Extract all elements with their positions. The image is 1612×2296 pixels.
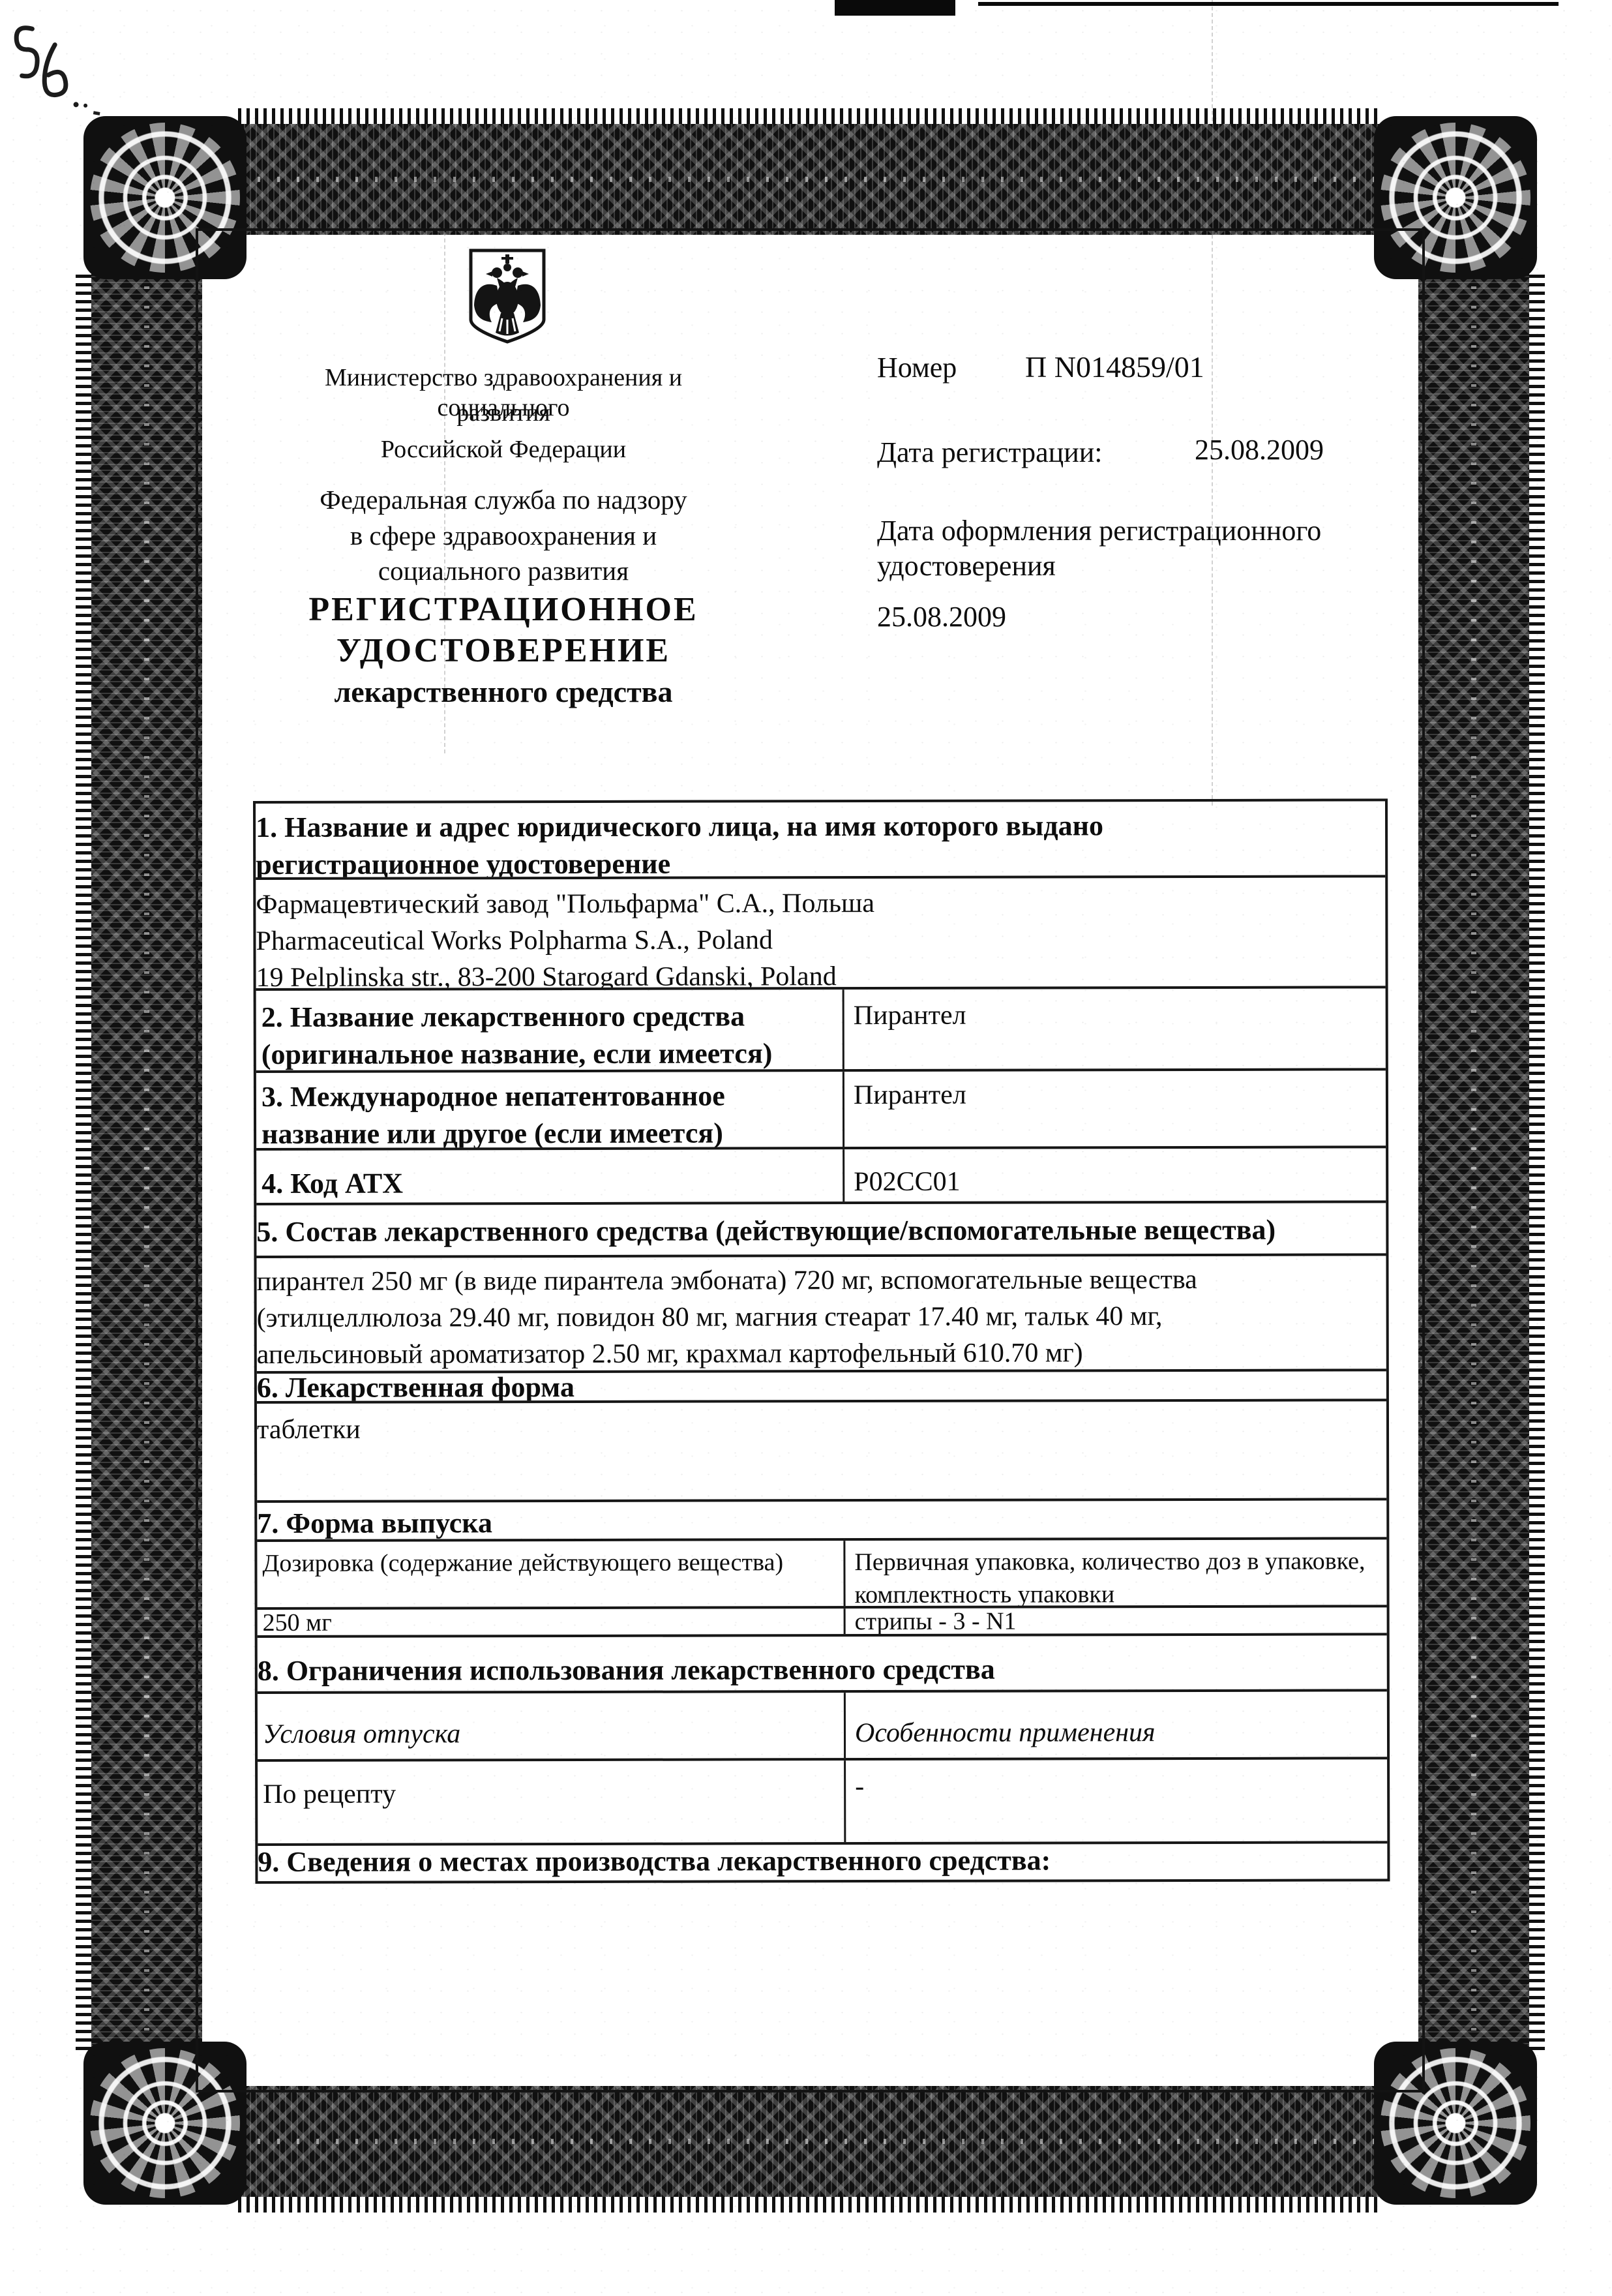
packaging-value-cell: стрипы - 3 - N1 [846,1607,1387,1634]
border-band-left [91,271,202,2050]
section4-value-cell: P02CC01 [844,1148,1386,1201]
application-features-label: Особенности применения [855,1714,1382,1751]
scanned-certificate-page: { "page": { "handwritten_mark": "56" }, … [0,0,1612,2296]
section4-label: 4. Код АТХ [261,1164,836,1202]
packaging-value: стрипы - 3 - N1 [855,1607,1382,1635]
section8-header-row: 8. Ограничения использования лекарственн… [258,1635,1387,1694]
section2-label: 2. Название лекарственного средства [261,997,836,1036]
application-features-value: - [855,1767,1382,1805]
section2-label: (оригинальное название, если имеется) [261,1035,836,1073]
section3-row: 3. Международное непатентованное названи… [256,1070,1386,1151]
composition-line: (этилцеллюлоза 29.40 мг, повидон 80 мг, … [257,1297,1386,1337]
section1-header-row: 1. Название и адрес юридического лица, н… [256,801,1385,880]
section4-label-cell: 4. Код АТХ [256,1149,844,1203]
packaging-column-label: Первичная упаковка, количество доз в упа… [854,1545,1381,1578]
section5-value-row: пирантел 250 мг (в виде пирантела эмбона… [256,1256,1386,1374]
dispensing-conditions-value-cell: По рецепту [258,1760,846,1843]
ministry-line: Российской Федерации [267,434,739,464]
inn-value: Пирантел [854,1076,1381,1113]
number-label: Номер [877,351,957,384]
section7-header: 7. Форма выпуска [257,1505,1386,1539]
service-line: социального развития [267,555,739,586]
packaging-column-label-cell: Первичная упаковка, количество доз в упа… [845,1539,1386,1606]
section3-label: 3. Международное непатентованное [261,1077,836,1115]
section7-value-row: 250 мг стрипы - 3 - N1 [258,1607,1387,1638]
packaging-column-label: комплектность упаковки [854,1577,1381,1610]
doc-title-line: УДОСТОВЕРЕНИЕ [267,631,739,670]
dispensing-conditions-label: Условия отпуска [263,1715,837,1753]
section1-header: 1. Название и адрес юридического лица, н… [256,806,1385,846]
section3-label: название или другое (если имеется) [261,1114,836,1151]
section8-subheader-row: Условия отпуска Особенности применения [258,1691,1387,1762]
ministry-line: развития [267,398,739,428]
drug-name-value: Пирантел [854,996,1381,1034]
dosage-form-value: таблетки [257,1409,1386,1448]
atc-code-value: P02CC01 [854,1162,1381,1200]
section6-value-row: таблетки [257,1401,1386,1503]
application-features-label-cell: Особенности применения [846,1691,1387,1758]
license-holder-name-ru: Фармацевтический завод "Польфарма" С.А.,… [256,884,1385,923]
registration-date-value: 25.08.2009 [1195,433,1324,466]
dosage-value: 250 мг [263,1609,837,1636]
border-band-bottom [238,2086,1382,2197]
number-value: П N014859/01 [1025,350,1204,384]
border-band-top [238,124,1382,235]
dosage-column-label: Дозировка (содержание действующего вещес… [262,1546,837,1580]
license-holder-address: 19 Pelplinska str., 83-200 Starogard Gda… [256,957,1386,991]
section6-header: 6. Лекарственная форма [257,1371,1386,1402]
registration-date-label: Дата регистрации: [877,436,1103,469]
section2-row: 2. Название лекарственного средства (ори… [256,988,1386,1073]
coat-of-arms-icon [464,247,550,346]
section2-label-cell: 2. Название лекарственного средства (ори… [256,989,844,1070]
section5-header-row: 5. Состав лекарственного средства (дейст… [256,1203,1386,1258]
service-line: Федеральная служба по надзору [267,484,739,515]
section8-value-row: По рецепту - [258,1759,1387,1846]
dosage-column-label-cell: Дозировка (содержание действующего вещес… [257,1541,845,1607]
service-line: в сфере здравоохранения и [267,520,739,551]
issue-date-value: 25.08.2009 [877,600,1006,633]
license-holder-name-en: Pharmaceutical Works Polpharma S.A., Pol… [256,920,1385,959]
application-features-value-cell: - [846,1759,1387,1842]
scan-artifact-bar [835,0,955,16]
section6-header-row: 6. Лекарственная форма [257,1371,1386,1404]
section8-header: 8. Ограничения использования лекарственн… [258,1652,1387,1687]
dispensing-conditions-label-cell: Условия отпуска [258,1693,846,1759]
doc-title-line: лекарственного средства [267,674,739,709]
composition-line: пирантел 250 мг (в виде пирантела эмбона… [256,1261,1386,1300]
dispensing-conditions-value: По рецепту [263,1775,837,1813]
scan-artifact-line [978,2,1559,6]
section9-header: 9. Сведения о местах производства лекарс… [258,1843,1387,1879]
section3-label-cell: 3. Международное непатентованное названи… [256,1072,844,1148]
section3-value-cell: Пирантел [844,1070,1386,1147]
section4-row: 4. Код АТХ P02CC01 [256,1148,1386,1205]
section7-header-row: 7. Форма выпуска [257,1500,1386,1542]
registration-table: 1. Название и адрес юридического лица, н… [253,798,1390,1884]
section2-value-cell: Пирантел [844,988,1386,1069]
section5-header: 5. Состав лекарственного средства (дейст… [256,1211,1386,1250]
section9-header-row: 9. Сведения о местах производства лекарс… [258,1843,1387,1881]
section1-header: регистрационное удостоверение [256,843,1385,880]
composition-line: апельсиновый ароматизатор 2.50 мг, крахм… [257,1334,1386,1373]
issue-date-label: удостоверения [877,549,1056,582]
dosage-value-cell: 250 мг [258,1609,846,1635]
issue-date-label: Дата оформления регистрационного [877,514,1321,547]
border-band-right [1418,271,1529,2050]
section7-subheader-row: Дозировка (содержание действующего вещес… [257,1539,1386,1610]
section1-value-row: Фармацевтический завод "Польфарма" С.А.,… [256,877,1385,991]
doc-title-line: РЕГИСТРАЦИОННОЕ [267,590,739,629]
